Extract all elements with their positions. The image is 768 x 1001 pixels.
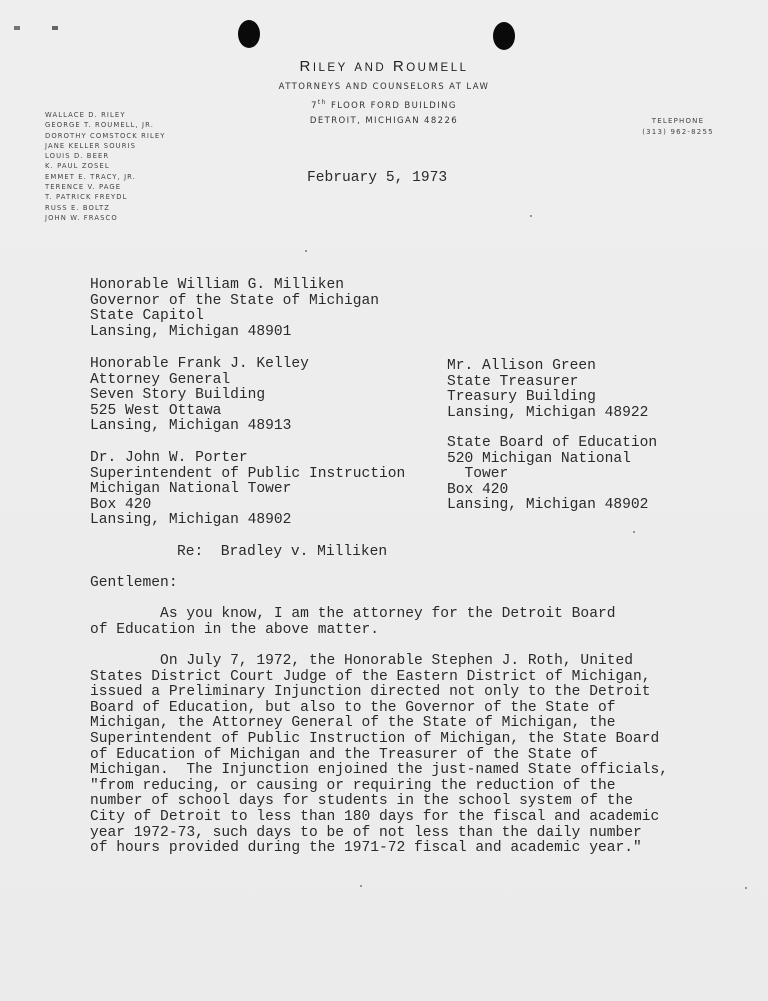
paper-speck (530, 215, 532, 217)
text-line: "from reducing, or causing or requiring … (90, 779, 668, 795)
partner-name: T. PATRICK FREYDL (45, 192, 166, 202)
text-line: Treasury Building (447, 390, 648, 406)
text-line: As you know, I am the attorney for the D… (90, 607, 615, 623)
text-line: Honorable Frank J. Kelley (90, 357, 309, 373)
partner-name: K. PAUL ZOSEL (45, 161, 166, 171)
telephone-block: TELEPHONE (313) 962-8255 (628, 116, 728, 138)
partner-name: JANE KELLER SOURIS (45, 141, 166, 151)
floor-rest: FLOOR FORD BUILDING (327, 101, 457, 111)
text-line: Lansing, Michigan 48901 (90, 325, 379, 341)
text-line: Box 420 (90, 498, 405, 514)
recipient-governor: Honorable William G. MillikenGovernor of… (90, 278, 379, 340)
partner-name: DOROTHY COMSTOCK RILEY (45, 131, 166, 141)
letter-page: RILEY AND ROUMELL ATTORNEYS AND COUNSELO… (0, 0, 768, 1001)
text-line: 525 West Ottawa (90, 404, 309, 420)
partner-name: TERENCE V. PAGE (45, 182, 166, 192)
re-line: Re: Bradley v. Milliken (177, 545, 387, 561)
telephone-label: TELEPHONE (628, 116, 728, 127)
text-line: Attorney General (90, 373, 309, 389)
paper-speck (305, 250, 307, 252)
text-line: Board of Education, but also to the Gove… (90, 701, 668, 717)
text-line: Seven Story Building (90, 388, 309, 404)
text-line: number of school days for students in th… (90, 794, 668, 810)
text-line: Honorable William G. Milliken (90, 278, 379, 294)
partner-name: WALLACE D. RILEY (45, 110, 166, 120)
text-line: Box 420 (447, 483, 657, 499)
floor-suffix: th (318, 99, 327, 106)
text-line: Dr. John W. Porter (90, 451, 405, 467)
text-line: of Education of Michigan and the Treasur… (90, 748, 668, 764)
text-line: Michigan, the Attorney General of the St… (90, 716, 668, 732)
partner-name: GEORGE T. ROUMELL, JR. (45, 120, 166, 130)
floor-number: 7 (311, 101, 318, 111)
text-line: Governor of the State of Michigan (90, 294, 379, 310)
text-line: Superintendent of Public Instruction of … (90, 732, 668, 748)
text-line: State Board of Education (447, 436, 657, 452)
partner-name: RUSS E. BOLTZ (45, 203, 166, 213)
recipient-board-of-education: State Board of Education520 Michigan Nat… (447, 436, 657, 514)
paper-speck (745, 887, 747, 889)
text-line: On July 7, 1972, the Honorable Stephen J… (90, 654, 668, 670)
text-line: Michigan National Tower (90, 482, 405, 498)
recipient-treasurer: Mr. Allison GreenState TreasurerTreasury… (447, 359, 648, 421)
partner-name: LOUIS D. BEER (45, 151, 166, 161)
recipient-attorney-general: Honorable Frank J. KelleyAttorney Genera… (90, 357, 309, 435)
text-line: Lansing, Michigan 48902 (447, 498, 657, 514)
letter-date: February 5, 1973 (307, 171, 447, 187)
text-line: Tower (447, 467, 657, 483)
text-line: Michigan. The Injunction enjoined the ju… (90, 763, 668, 779)
punch-hole-right (493, 22, 515, 50)
paper-speck (360, 885, 362, 887)
text-line: Lansing, Michigan 48902 (90, 513, 405, 529)
text-line: State Capitol (90, 309, 379, 325)
text-line: of hours provided during the 1971-72 fis… (90, 841, 668, 857)
text-line: 520 Michigan National (447, 452, 657, 468)
text-line: Superintendent of Public Instruction (90, 467, 405, 483)
text-line: Mr. Allison Green (447, 359, 648, 375)
staple-mark (14, 26, 60, 30)
paragraph-1: As you know, I am the attorney for the D… (90, 607, 615, 638)
partner-list: WALLACE D. RILEYGEORGE T. ROUMELL, JR.DO… (45, 110, 166, 223)
text-line: issued a Preliminary Injunction directed… (90, 685, 668, 701)
firm-subtitle: ATTORNEYS AND COUNSELORS AT LAW (0, 82, 768, 92)
paper-speck (633, 531, 635, 533)
text-line: State Treasurer (447, 375, 648, 391)
paragraph-2: On July 7, 1972, the Honorable Stephen J… (90, 654, 668, 857)
salutation: Gentlemen: (90, 576, 178, 592)
punch-hole-left (238, 20, 260, 48)
text-line: Lansing, Michigan 48913 (90, 419, 309, 435)
text-line: of Education in the above matter. (90, 623, 615, 639)
recipient-superintendent: Dr. John W. PorterSuperintendent of Publ… (90, 451, 405, 529)
telephone-number: (313) 962-8255 (628, 127, 728, 138)
text-line: States District Court Judge of the Easte… (90, 670, 668, 686)
text-line: City of Detroit to less than 180 days fo… (90, 810, 668, 826)
text-line: Lansing, Michigan 48922 (447, 406, 648, 422)
firm-name: RILEY AND ROUMELL (0, 58, 768, 75)
text-line: year 1972-73, such days to be of not les… (90, 826, 668, 842)
partner-name: EMMET E. TRACY, JR. (45, 172, 166, 182)
partner-name: JOHN W. FRASCO (45, 213, 166, 223)
